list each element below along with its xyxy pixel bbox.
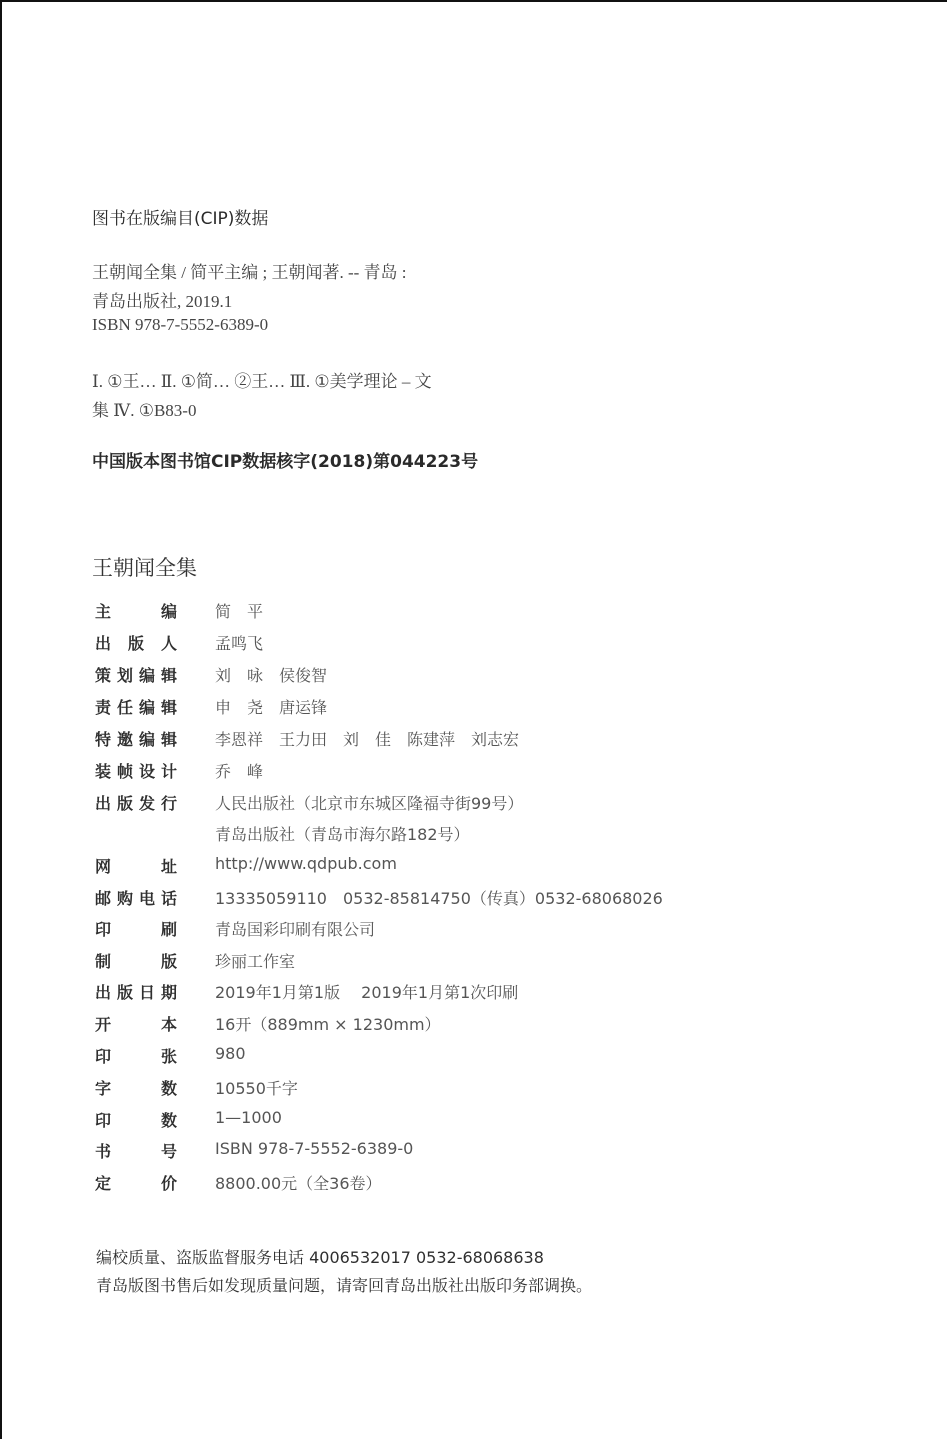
detail-row: 字数10550千字 (95, 1076, 795, 1104)
detail-value: 乔 峰 (215, 759, 263, 782)
detail-label-char: 主 (95, 599, 111, 622)
detail-value: 16开（889mm × 1230mm） (215, 1012, 441, 1035)
detail-label-char: 编 (161, 599, 177, 622)
detail-label-char: 数 (161, 1076, 177, 1099)
detail-label-char: 发 (139, 791, 155, 814)
detail-label-char: 价 (161, 1171, 177, 1194)
detail-label: 网址 (95, 854, 177, 877)
detail-label-char: 版 (128, 631, 144, 654)
detail-label-char: 版 (117, 791, 133, 814)
detail-row: 出版发行人民出版社（北京市东城区隆福寺街99号） (95, 791, 795, 819)
detail-label-char: 印 (95, 1044, 111, 1067)
detail-value: 8800.00元（全36卷） (215, 1171, 382, 1194)
detail-row: 印张980 (95, 1044, 795, 1072)
detail-value: 980 (215, 1044, 246, 1063)
detail-value: 孟鸣飞 (215, 631, 263, 654)
detail-label-char: 出 (95, 791, 111, 814)
detail-row: 主编简 平 (95, 599, 795, 627)
detail-row: 定价8800.00元（全36卷） (95, 1171, 795, 1199)
detail-label-char: 版 (161, 949, 177, 972)
detail-label-char: 印 (95, 1108, 111, 1131)
detail-label-char: 日 (139, 980, 155, 1003)
detail-value: 青岛国彩印刷有限公司 (215, 917, 375, 940)
detail-label: 定价 (95, 1171, 177, 1194)
detail-label-char: 电 (139, 886, 155, 909)
detail-value: 青岛出版社（青岛市海尔路182号） (215, 822, 470, 845)
detail-value: 2019年1月第1版 2019年1月第1次印刷 (215, 980, 518, 1003)
detail-label-char: 购 (117, 886, 133, 909)
cip-classification: Ⅰ. ①王… Ⅱ. ①简… ②王… Ⅲ. ①美学理论 – 文 (92, 367, 432, 392)
detail-label-char: 辑 (161, 695, 177, 718)
book-title: 王朝闻全集 (92, 552, 197, 582)
detail-value: 申 尧 唐运锋 (215, 695, 327, 718)
detail-label-char: 编 (139, 727, 155, 750)
detail-label-char: 设 (139, 759, 155, 782)
detail-row: 印数1—1000 (95, 1108, 795, 1136)
detail-row: 特邀编辑李恩祥 王力田 刘 佳 陈建萍 刘志宏 (95, 727, 795, 755)
detail-label-char: 期 (161, 980, 177, 1003)
detail-row: 装帧设计乔 峰 (95, 759, 795, 787)
detail-value: 13335059110 0532-85814750（传真）0532-680680… (215, 886, 663, 909)
detail-label: 主编 (95, 599, 177, 622)
detail-label-char: 邮 (95, 886, 111, 909)
detail-label-char: 划 (117, 663, 133, 686)
detail-label-char: 装 (95, 759, 111, 782)
detail-label-char: 书 (95, 1139, 111, 1162)
detail-row: 印刷青岛国彩印刷有限公司 (95, 917, 795, 945)
detail-label-char: 任 (117, 695, 133, 718)
detail-label-char: 责 (95, 695, 111, 718)
detail-row: 书号ISBN 978-7-5552-6389-0 (95, 1139, 795, 1167)
cip-classification: 集 Ⅳ. ①B83-0 (92, 396, 196, 421)
detail-label: 特邀编辑 (95, 727, 177, 750)
detail-label-char: 辑 (161, 727, 177, 750)
detail-label: 制版 (95, 949, 177, 972)
detail-label-char: 定 (95, 1171, 111, 1194)
detail-value: 简 平 (215, 599, 263, 622)
detail-label: 书号 (95, 1139, 177, 1162)
detail-label-char: 计 (161, 759, 177, 782)
detail-value: 1—1000 (215, 1108, 282, 1127)
detail-label: 出版人 (95, 631, 177, 654)
detail-value: 珍丽工作室 (215, 949, 295, 972)
detail-label-char: 行 (161, 791, 177, 814)
detail-row: 责任编辑申 尧 唐运锋 (95, 695, 795, 723)
detail-label: 印张 (95, 1044, 177, 1067)
detail-value: ISBN 978-7-5552-6389-0 (215, 1139, 413, 1158)
detail-label-char: 编 (139, 663, 155, 686)
detail-label-char: 帧 (117, 759, 133, 782)
cip-line: 青岛出版社, 2019.1 (92, 287, 232, 312)
detail-label: 装帧设计 (95, 759, 177, 782)
detail-value: 10550千字 (215, 1076, 298, 1099)
detail-label-char: 址 (161, 854, 177, 877)
detail-label-char: 字 (95, 1076, 111, 1099)
detail-label-char: 张 (161, 1044, 177, 1067)
detail-label-char: 编 (139, 695, 155, 718)
detail-label-char: 话 (161, 886, 177, 909)
detail-value: 刘 咏 侯俊智 (215, 663, 327, 686)
return-notice: 青岛版图书售后如发现质量问题，请寄回青岛出版社出版印务部调换。 (96, 1273, 592, 1296)
detail-label-char: 特 (95, 727, 111, 750)
detail-row: 邮购电话13335059110 0532-85814750（传真）0532-68… (95, 886, 795, 914)
detail-label: 策划编辑 (95, 663, 177, 686)
detail-row: 出版人孟鸣飞 (95, 631, 795, 659)
detail-label: 邮购电话 (95, 886, 177, 909)
detail-row: 出版日期2019年1月第1版 2019年1月第1次印刷 (95, 980, 795, 1008)
detail-value: 李恩祥 王力田 刘 佳 陈建萍 刘志宏 (215, 727, 519, 750)
detail-label-char: 辑 (161, 663, 177, 686)
detail-label-char: 本 (161, 1012, 177, 1035)
cip-heading: 图书在版编目(CIP)数据 (92, 204, 268, 229)
detail-label-char: 人 (161, 631, 177, 654)
detail-label-char: 邀 (117, 727, 133, 750)
detail-row: 制版珍丽工作室 (95, 949, 795, 977)
detail-label-char: 开 (95, 1012, 111, 1035)
detail-label-char: 刷 (161, 917, 177, 940)
detail-label-char: 印 (95, 917, 111, 940)
detail-label-char: 数 (161, 1108, 177, 1131)
detail-row: 青岛出版社（青岛市海尔路182号） (95, 822, 795, 850)
cip-line: 王朝闻全集 / 简平主编 ; 王朝闻著. -- 青岛 : (92, 258, 407, 283)
detail-label: 印数 (95, 1108, 177, 1131)
detail-label-char: 网 (95, 854, 111, 877)
quality-hotline: 编校质量、盗版监督服务电话 4006532017 0532-68068638 (96, 1245, 544, 1268)
detail-label-char: 出 (95, 631, 111, 654)
detail-label-char: 版 (117, 980, 133, 1003)
detail-label: 开本 (95, 1012, 177, 1035)
detail-row: 网址http://www.qdpub.com (95, 854, 795, 882)
detail-label-char: 策 (95, 663, 111, 686)
detail-row: 开本16开（889mm × 1230mm） (95, 1012, 795, 1040)
detail-label-char: 制 (95, 949, 111, 972)
detail-label: 出版日期 (95, 980, 177, 1003)
detail-label: 责任编辑 (95, 695, 177, 718)
detail-label-char: 号 (161, 1139, 177, 1162)
detail-label: 印刷 (95, 917, 177, 940)
cip-isbn: ISBN 978-7-5552-6389-0 (92, 315, 268, 335)
detail-value: http://www.qdpub.com (215, 854, 397, 873)
detail-value: 人民出版社（北京市东城区隆福寺街99号） (215, 791, 523, 814)
detail-label-char: 出 (95, 980, 111, 1003)
detail-label: 字数 (95, 1076, 177, 1099)
detail-row: 策划编辑刘 咏 侯俊智 (95, 663, 795, 691)
detail-label: 出版发行 (95, 791, 177, 814)
cip-verification-number: 中国版本图书馆CIP数据核字(2018)第044223号 (92, 447, 478, 472)
